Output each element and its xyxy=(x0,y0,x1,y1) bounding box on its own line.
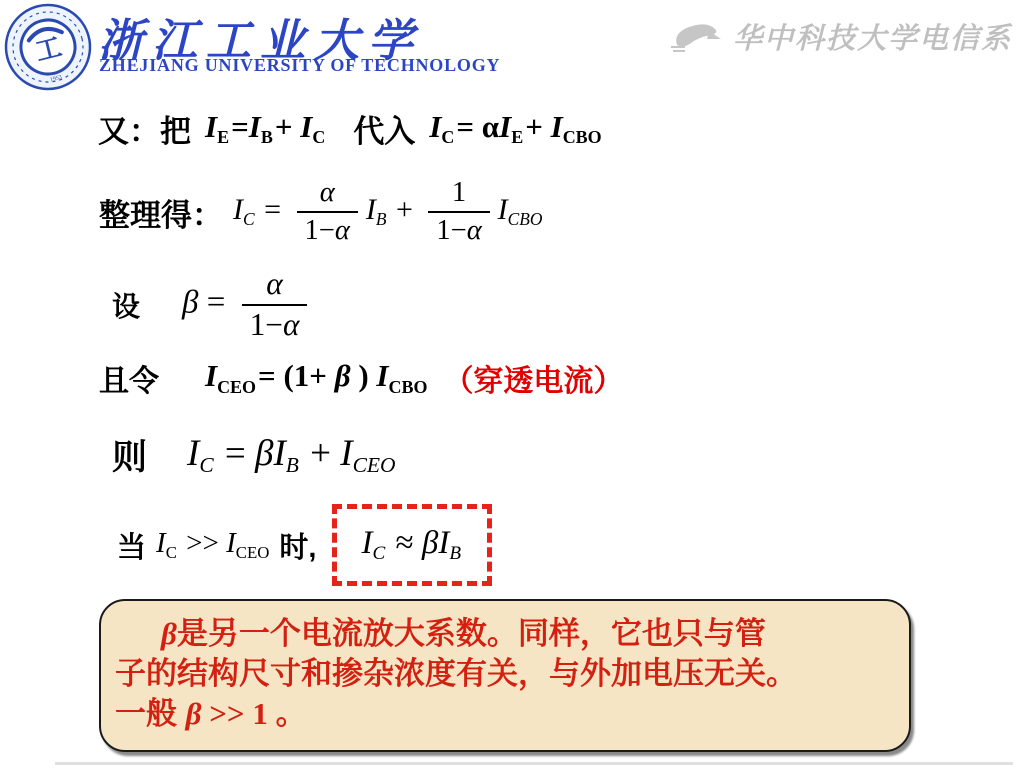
math-token: I xyxy=(226,527,236,559)
fraction: α1−α xyxy=(297,178,358,246)
math-token: = xyxy=(257,193,289,226)
note-line-2: 子的结构尺寸和掺杂浓度有关，与外加电压无关。 xyxy=(115,654,893,694)
math-token: CBO xyxy=(508,209,543,229)
math-token: 是另一个电流放大系数。同样，它也只与管 xyxy=(177,616,766,651)
math-token: + xyxy=(388,193,420,226)
math-token: C xyxy=(312,127,325,147)
math-token: C xyxy=(166,543,177,562)
math-token: α xyxy=(467,215,482,246)
line6-label-pre: 当 xyxy=(117,525,146,566)
math-token: E xyxy=(217,127,229,147)
math-token: − xyxy=(451,215,467,246)
math-token: C xyxy=(372,543,385,564)
math-token: β xyxy=(335,358,351,393)
penetration-current-annotation: （穿透电流） xyxy=(443,356,623,400)
watermark-logo-icon xyxy=(669,19,725,55)
beta-explanation-note-box: β是另一个电流放大系数。同样，它也只与管 子的结构尺寸和掺杂浓度有关，与外加电压… xyxy=(99,599,911,752)
equation-line-beta-definition: 设 β = α1−α xyxy=(112,260,315,350)
math-token: I xyxy=(551,109,563,144)
math-token: I xyxy=(156,527,166,559)
math-token: α xyxy=(335,215,350,246)
math-token: CEO xyxy=(236,543,270,562)
math-token: >> 1 xyxy=(202,696,276,731)
math-token: α xyxy=(320,177,335,208)
line3-label: 设 xyxy=(112,285,140,325)
math-token: I xyxy=(273,433,285,474)
formula-ic-fractions: IC = α1−αIB + 11−αICBO xyxy=(233,178,544,246)
math-token: B xyxy=(376,209,387,229)
formula-ie-ib-ic: IE=IB+ IC xyxy=(205,109,327,148)
math-token: ≈ xyxy=(387,525,422,561)
math-token: B xyxy=(261,127,273,147)
math-token: = xyxy=(456,109,481,144)
math-token: CEO xyxy=(353,453,396,477)
math-token: β xyxy=(422,525,438,561)
math-token: CBO xyxy=(563,127,602,147)
university-name-en: ZHEJIANG UNIVERSITY OF TECHNOLOGY xyxy=(99,55,500,76)
watermark-text: 华中科技大学电信系 xyxy=(733,16,1012,57)
math-token: + xyxy=(275,109,300,144)
equation-line-ic-beta-ib: 则 IC = βIB + ICEO xyxy=(112,430,398,480)
equation-line-iceo: 且令 ICEO= (1+ β ) ICBO （穿透电流） xyxy=(99,356,623,400)
math-token: α xyxy=(283,307,299,342)
equation-line-rearranged: 整理得： IC = α1−αIB + 11−αICBO xyxy=(99,168,544,256)
math-token: >> xyxy=(179,527,226,559)
math-token: β xyxy=(161,616,177,651)
fraction: 11−α xyxy=(428,178,489,246)
line6-label-post: 时, xyxy=(279,525,316,566)
math-token: I xyxy=(340,433,352,474)
math-token: β xyxy=(186,696,202,731)
fraction: α1−α xyxy=(242,268,308,342)
math-token: = (1+ xyxy=(258,358,335,393)
math-token: 1 xyxy=(305,215,319,246)
math-token: I xyxy=(249,109,261,144)
math-token: α xyxy=(482,109,499,144)
formula-ic-approx-beta-ib: IC ≈ βIB xyxy=(361,525,463,566)
math-token: C xyxy=(243,209,255,229)
math-token: I xyxy=(233,193,243,226)
math-token: E xyxy=(511,127,523,147)
slide: 工 1953 浙江工业大学 ZHEJIANG UNIVERSITY OF TEC… xyxy=(0,0,1024,768)
math-token: C xyxy=(199,453,213,477)
math-token: + xyxy=(301,433,340,474)
formula-ic-alpha-ie: IC= αIE+ ICBO xyxy=(429,109,603,148)
math-token: 1 xyxy=(436,215,450,246)
university-seal-logo: 工 1953 xyxy=(3,2,93,92)
formula-iceo: ICEO= (1+ β ) ICBO xyxy=(205,358,429,397)
note-line-3: 一般 β >> 1 。 xyxy=(115,694,893,734)
math-token: 1 xyxy=(250,307,266,342)
math-token: I xyxy=(376,358,388,393)
math-token: β xyxy=(255,433,273,474)
math-token: I xyxy=(499,109,511,144)
equation-line-substitution: 又：把 IE=IB+ IC 代入 IC= αIE+ ICBO xyxy=(98,106,604,151)
math-token: I xyxy=(205,109,217,144)
math-token: 。 xyxy=(276,696,307,731)
math-token: β xyxy=(182,285,198,321)
math-token: ) xyxy=(351,358,377,393)
formula-condition: IC >> ICEO xyxy=(156,527,271,563)
math-token: B xyxy=(449,543,461,564)
math-token: I xyxy=(205,358,217,393)
formula-ic-beta-ib-iceo: IC = βIB + ICEO xyxy=(187,432,398,479)
math-token: I xyxy=(429,109,441,144)
slide-footer-divider xyxy=(55,762,1013,765)
watermark: 华中科技大学电信系 xyxy=(669,16,1012,57)
math-token: α xyxy=(266,266,282,301)
math-token: CEO xyxy=(217,377,256,397)
math-token: I xyxy=(361,525,372,561)
math-token: = xyxy=(231,109,249,144)
math-token: 一般 xyxy=(115,696,186,731)
math-token: I xyxy=(498,193,508,226)
equation-line-approximation: 当 IC >> ICEO 时, IC ≈ βIB xyxy=(117,500,492,590)
highlighted-approximation-box: IC ≈ βIB xyxy=(332,504,492,587)
math-token: C xyxy=(441,127,454,147)
math-token: = xyxy=(216,433,255,474)
math-token: 子的结构尺寸和掺杂浓度有关，与外加电压无关。 xyxy=(115,656,797,691)
line4-label: 且令 xyxy=(99,356,159,400)
math-token: = xyxy=(198,285,233,321)
math-token: − xyxy=(265,307,283,342)
math-token: I xyxy=(438,525,449,561)
math-token: I xyxy=(366,193,376,226)
math-token: CBO xyxy=(388,377,427,397)
math-token: I xyxy=(300,109,312,144)
math-token: I xyxy=(187,433,199,474)
line2-label: 整理得： xyxy=(99,190,223,235)
note-line-1: β是另一个电流放大系数。同样，它也只与管 xyxy=(115,614,893,654)
line1-prefix: 又：把 xyxy=(98,106,191,151)
line1-mid: 代入 xyxy=(353,106,415,151)
formula-beta-fraction: β = α1−α xyxy=(182,268,315,342)
math-token: 1 xyxy=(452,177,466,208)
math-token: + xyxy=(525,109,550,144)
line5-label: 则 xyxy=(112,430,147,480)
math-token: − xyxy=(319,215,335,246)
math-token: B xyxy=(286,453,299,477)
